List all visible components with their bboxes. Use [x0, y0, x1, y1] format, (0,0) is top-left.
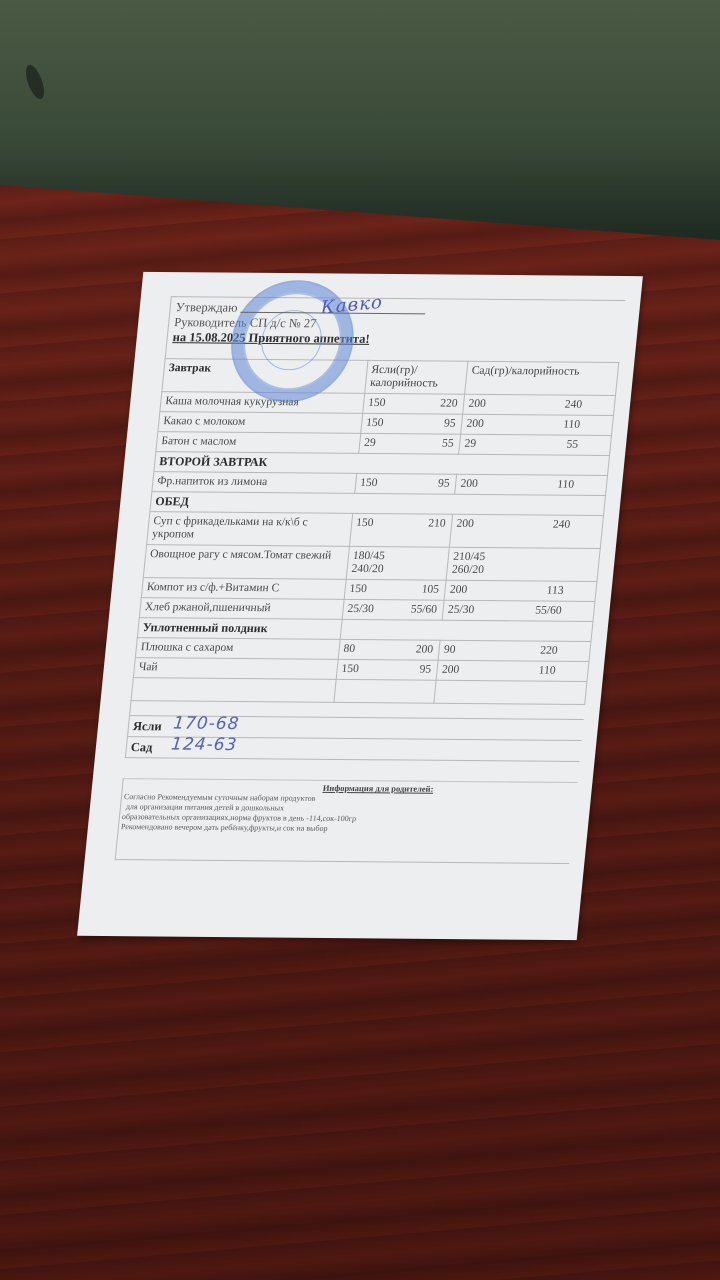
info-title: Информация для родителей:: [322, 783, 434, 794]
sad-cell: 25/3055/60: [442, 600, 595, 621]
sad-kcal: 55/60: [535, 605, 590, 618]
total-sad: Сад 124-63: [126, 737, 582, 762]
empty-cell: [131, 678, 336, 703]
sad-cell: 210/45 260/20: [446, 547, 600, 581]
sad-cell: 2955: [459, 434, 612, 455]
yasli-grams: 150: [341, 663, 360, 676]
wall-mark: [22, 63, 47, 102]
sad-kcal: 110: [563, 419, 609, 432]
sad-kcal: 240: [552, 519, 599, 532]
table-row: Суп с фрикадельками на к/к\б с укропом15…: [147, 512, 604, 549]
yasli-cell: 150105: [344, 579, 446, 600]
yasli-grams: 150: [359, 477, 378, 490]
dish-name: Плюшка с сахаром: [135, 638, 340, 660]
yasli-grams: 180/45 240/20: [351, 550, 386, 576]
sad-grams: 200: [449, 584, 468, 597]
total-yasli-label: Ясли: [132, 719, 162, 733]
approval-header: Кавко Утверждаю Руководитель СП д/с № 27…: [165, 296, 626, 362]
dish-name: Суп с фрикадельками на к/к\б с укропом: [147, 512, 353, 547]
yasli-grams: 150: [365, 417, 384, 430]
yasli-cell: 150220: [363, 393, 465, 414]
yasli-grams: 29: [363, 437, 376, 450]
sad-grams: 29: [464, 438, 477, 451]
dish-name: Хлеб ржаной,пшеничный: [139, 598, 344, 620]
sad-cell: 200113: [444, 580, 597, 601]
info-line: Рекомендовано вечером дать ребёнку,фрукт…: [120, 822, 355, 834]
yasli-cell: 15095: [361, 413, 463, 434]
sad-kcal: 110: [557, 479, 603, 492]
yasli-kcal: 55/60: [410, 603, 439, 616]
yasli-kcal: 95: [419, 664, 434, 677]
sad-kcal: 240: [564, 399, 611, 412]
yasli-cell: 80200: [338, 639, 440, 660]
section-title: Уплотненный полдник: [137, 618, 342, 640]
yasli-cell: 150210: [349, 513, 453, 547]
yasli-grams: 150: [367, 397, 386, 410]
sad-kcal: 220: [540, 645, 587, 658]
header-yasli: Ясли(гр)/калорийность: [365, 360, 469, 394]
dish-name: Чай: [133, 658, 338, 680]
sad-cell: 200110: [436, 660, 589, 681]
total-sad-value: 124-63: [170, 734, 238, 755]
yasli-cell: 15095: [336, 659, 438, 680]
sad-cell: 200110: [461, 414, 614, 435]
yasli-grams: 25/30: [347, 603, 374, 616]
sad-cell: 90220: [438, 640, 591, 661]
table-row: Овощное рагу с мясом.Томат свежий180/45 …: [143, 545, 600, 582]
stamp-inner-ring: [259, 310, 325, 371]
sad-grams: 210/45 260/20: [451, 551, 486, 577]
info-lines: Согласно Рекомендуемым суточным наборам …: [120, 792, 358, 834]
sad-kcal: 55: [566, 439, 607, 452]
total-sad-label: Сад: [130, 740, 153, 754]
sad-grams: 200: [468, 398, 487, 411]
table-header-row: Завтрак Ясли(гр)/калорийность Сад(гр)/ка…: [162, 359, 619, 396]
sad-grams: 25/30: [447, 604, 474, 617]
yasli-kcal: 95: [443, 418, 458, 431]
total-yasli-value: 170-68: [172, 713, 240, 734]
sad-grams: 200: [441, 664, 460, 677]
yasli-kcal: [440, 551, 445, 577]
yasli-kcal: 220: [440, 398, 461, 411]
menu-table: Завтрак Ясли(гр)/калорийность Сад(гр)/ка…: [131, 358, 620, 705]
dish-name: Какао с молоком: [158, 412, 363, 434]
sad-cell: 200240: [463, 394, 616, 415]
menu-sheet: Кавко Утверждаю Руководитель СП д/с № 27…: [77, 272, 643, 940]
empty-cell: [434, 680, 587, 704]
dish-name: Овощное рагу с мясом.Томат свежий: [143, 545, 349, 580]
header-sad: Сад(гр)/калорийность: [465, 361, 619, 395]
sad-cell: 200240: [450, 514, 604, 548]
empty-cell: [340, 619, 593, 641]
sad-grams: 200: [456, 518, 475, 531]
dish-name: Фр.напиток из лимона: [152, 472, 357, 494]
menu-content: Кавко Утверждаю Руководитель СП д/с № 27…: [115, 296, 626, 864]
empty-row: [131, 678, 587, 705]
sad-grams: 90: [443, 644, 456, 657]
empty-cell: [334, 679, 437, 703]
sad-grams: 200: [460, 478, 479, 491]
sad-kcal: 110: [538, 665, 584, 678]
parent-info: Информация для родителей: Согласно Реком…: [115, 778, 578, 864]
sad-cell: 200110: [455, 474, 608, 495]
yasli-grams: 150: [355, 517, 374, 530]
totals-block: Ясли 170-68 Сад 124-63: [125, 701, 585, 762]
yasli-cell: 2955: [359, 433, 461, 454]
yasli-cell: 15095: [355, 473, 457, 494]
dish-name: Компот из с/ф.+Витамин С: [141, 578, 346, 600]
sad-kcal: 113: [546, 585, 592, 598]
yasli-kcal: 210: [428, 518, 449, 531]
yasli-cell: 25/3055/60: [342, 599, 444, 620]
sad-kcal: [565, 552, 596, 578]
yasli-kcal: 55: [441, 438, 456, 451]
yasli-grams: 150: [349, 583, 368, 596]
yasli-kcal: 200: [415, 644, 436, 657]
yasli-cell: 180/45 240/20: [346, 546, 450, 580]
yasli-kcal: 95: [437, 478, 452, 491]
yasli-grams: 80: [343, 643, 356, 656]
sad-grams: 200: [466, 418, 485, 431]
yasli-kcal: 105: [421, 584, 442, 597]
dish-name: Батон с маслом: [156, 432, 361, 454]
